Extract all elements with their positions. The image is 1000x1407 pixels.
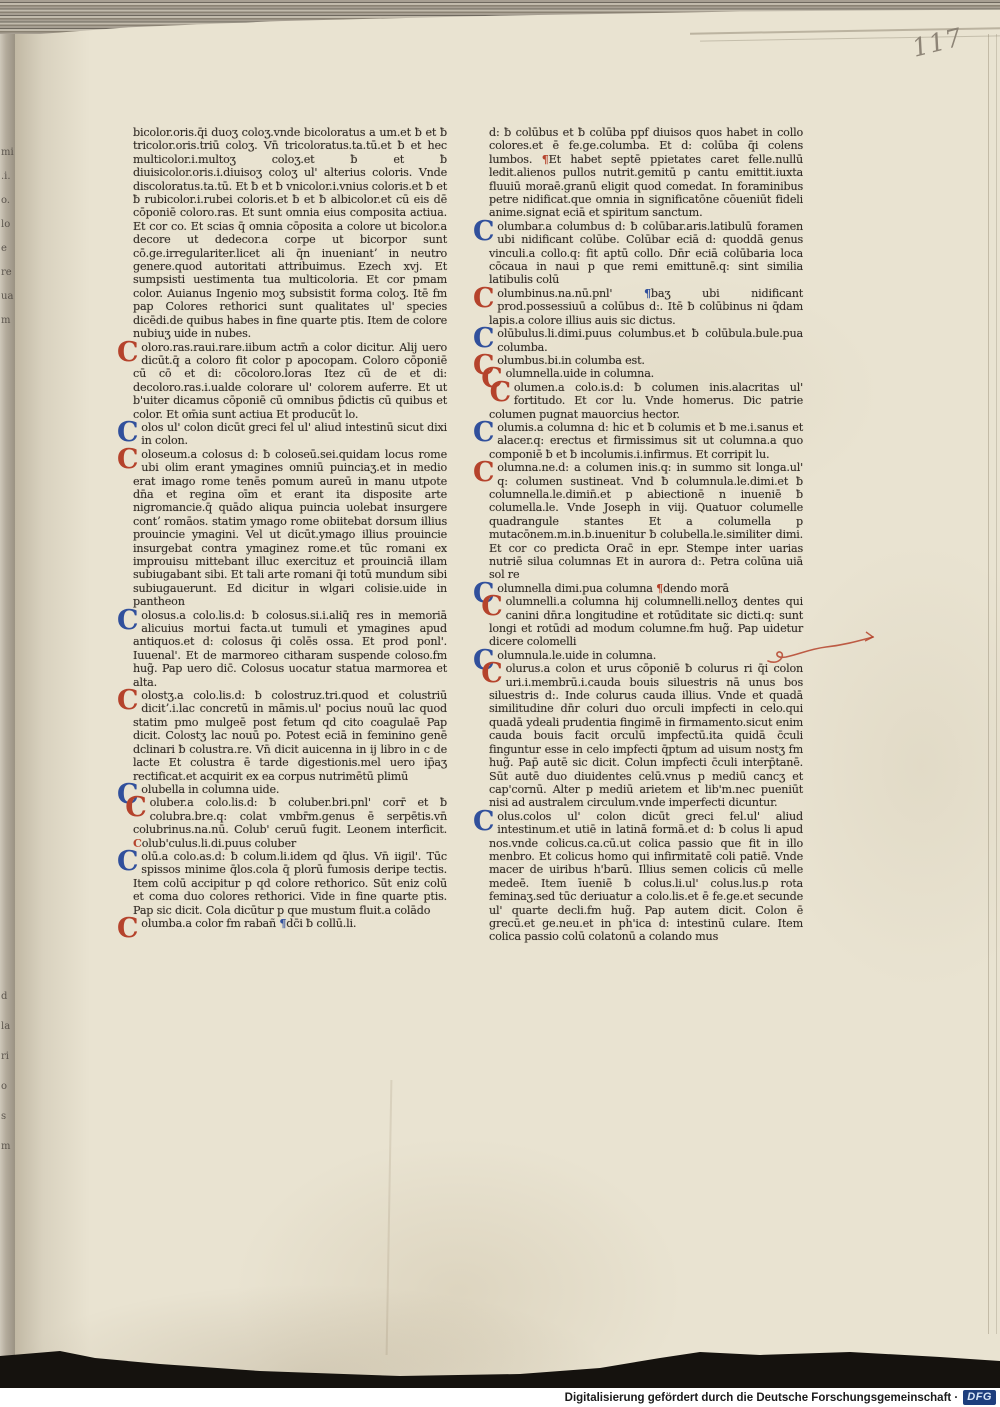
entry-text: olosus.a colo.lis.d: ƀ colosus.si.i.aliq… (133, 609, 447, 689)
entry-text: olumna.ne.d: a columen inis.q: in summo … (489, 461, 803, 581)
dfg-credit-text: Digitalisierung gefördert durch die Deut… (565, 1392, 959, 1404)
entry-text: oloro.ras.raui.rare.iibum actm̄ a color … (133, 341, 447, 421)
lombard-initial: C (117, 917, 138, 942)
rubricated-mark: ¶ (542, 152, 549, 166)
entry-text: olumis.a columna d: hic et ƀ columis et … (489, 421, 803, 461)
entry-text: olūbulus.li.dimi.puus columbus.et ƀ colū… (497, 327, 803, 353)
entry-paragraph: Colosus.a colo.lis.d: ƀ colosus.si.i.ali… (133, 609, 447, 689)
entry-text: bicolor.oris.q̄i duoʒ coloʒ.vnde bicolor… (133, 126, 447, 340)
edge-showthrough-fragment: m (1, 1142, 14, 1152)
lombard-initial: C (117, 609, 138, 634)
rubricated-mark: C (133, 836, 142, 850)
entry-paragraph: Colūbulus.li.dimi.puus columbus.et ƀ col… (489, 327, 803, 354)
entry-text: dc̄i ƀ collū.li. (286, 917, 356, 930)
entry-paragraph: Colos ul' colon dicūt greci fel ul' aliu… (133, 421, 447, 448)
lombard-initial: C (490, 381, 511, 406)
edge-showthrough-fragment: la (1, 1022, 14, 1032)
entry-paragraph: Columen.a colo.is.d: ƀ columen inis.alac… (489, 381, 803, 421)
lombard-initial: C (473, 327, 494, 352)
entry-paragraph: Columbar.a columbus d: ƀ colūbar.aris.la… (489, 220, 803, 287)
edge-showthrough-fragment: o (1, 1082, 14, 1092)
lombard-initial: C (117, 448, 138, 473)
lombard-initial: C (473, 810, 494, 835)
entry-paragraph: Columba.a color fm rabañ ¶dc̄i ƀ collū.l… (133, 917, 447, 930)
entry-text: oluber.a colo.lis.d: ƀ coluber.bri.pnl' … (133, 796, 447, 836)
text-column-right: d: ƀ colūbus et ƀ colūba ppf diuisos quo… (489, 126, 803, 944)
edge-showthrough-fragment: e (1, 244, 14, 254)
entry-paragraph: Coloro.ras.raui.rare.iibum actm̄ a color… (133, 341, 447, 421)
page-edge-rule-right-2 (996, 34, 997, 1334)
entry-paragraph: Colus.colos ul' colon dicūt greci fel.ul… (489, 810, 803, 944)
entry-paragraph: Colostʒ.a colo.lis.d: ƀ colostruz.tri.qu… (133, 689, 447, 783)
entry-text: olumbus.bi.in columba est. (497, 354, 644, 367)
entry-text: olumnella.uide in columna. (506, 367, 654, 380)
text-column-left: bicolor.oris.q̄i duoʒ coloʒ.vnde bicolor… (133, 126, 447, 942)
lombard-initial: C (117, 689, 138, 714)
edge-showthrough-fragment: ri (1, 1052, 14, 1062)
entry-paragraph: Columnella.uide in columna. (489, 367, 803, 380)
entry-paragraph: Coluber.a colo.lis.d: ƀ coluber.bri.pnl'… (133, 796, 447, 850)
lombard-initial: C (473, 220, 494, 245)
entry-text: dendo morā (663, 582, 729, 595)
margin-annotation-squiggle (766, 628, 876, 673)
entry-paragraph: Columnella dimi.pua columna ¶dendo morā (489, 582, 803, 595)
entry-text: olumbar.a columbus d: ƀ colūbar.aris.lat… (489, 220, 803, 287)
entry-paragraph: Columbinus.na.nū.pnl' ¶baʒ ubi nidifican… (489, 287, 803, 327)
entry-paragraph: Columbus.bi.in columba est. (489, 354, 803, 367)
entry-text: olubella in columna uide. (141, 783, 279, 796)
entry-text: olos ul' colon dicūt greci fel ul' aliud… (141, 421, 447, 447)
lombard-initial: C (117, 341, 138, 366)
dfg-logo: DFG (963, 1390, 996, 1405)
entry-paragraph: Columnula.le.uide in columna. (489, 649, 803, 662)
edge-showthrough-fragment: d (1, 992, 14, 1002)
entry-text: olumen.a colo.is.d: ƀ columen inis.alacr… (489, 381, 803, 421)
entry-paragraph: Coloseum.a colosus d: ƀ coloseū.sei.quid… (133, 448, 447, 609)
edge-showthrough-fragment: re (1, 268, 14, 278)
lombard-initial: C (481, 662, 502, 687)
entry-text: oloseum.a colosus d: ƀ coloseū.sei.quida… (133, 448, 447, 608)
edge-showthrough-fragment: m (1, 316, 14, 326)
entry-text: olumnella dimi.pua columna (497, 582, 656, 595)
lombard-initial: C (473, 461, 494, 486)
facing-page-edge: mi.i.o.loereuamdlariosm (0, 0, 15, 1388)
entry-text: olumnula.le.uide in columna. (497, 649, 656, 662)
entry-paragraph: Columna.ne.d: a columen inis.q: in summo… (489, 461, 803, 582)
entry-paragraph: Colubella in columna uide. (133, 783, 447, 796)
edge-showthrough-fragment: .i. (1, 172, 14, 182)
continuation-paragraph: bicolor.oris.q̄i duoʒ coloʒ.vnde bicolor… (133, 126, 447, 341)
lombard-initial: C (117, 421, 138, 446)
entry-text: olurus.a colon et urus cōponiē ƀ colurus… (489, 662, 803, 809)
entry-text: olub'culus.li.di.puus coluber (142, 837, 296, 850)
lombard-initial: C (481, 595, 502, 620)
rubricated-mark: ¶ (644, 286, 651, 300)
edge-showthrough-fragment: ua (1, 292, 14, 302)
entry-text: olus.colos ul' colon dicūt greci fel.ul'… (489, 810, 803, 944)
lombard-initial: C (473, 421, 494, 446)
lombard-initial: C (125, 796, 146, 821)
lombard-initial: C (117, 850, 138, 875)
entry-text: olumba.a color fm rabañ (141, 917, 279, 930)
entry-paragraph: Columnelli.a columna hij columnelli.nell… (489, 595, 803, 649)
edge-showthrough-fragment: mi (1, 148, 14, 158)
footer-bar: Digitalisierung gefördert durch die Deut… (0, 1388, 1000, 1407)
edge-showthrough-fragment: o. (1, 196, 14, 206)
entry-paragraph: Colurus.a colon et urus cōponiē ƀ coluru… (489, 662, 803, 809)
entry-text: olū.a colo.as.d: ƀ colum.li.idem qd q̄lu… (133, 850, 447, 917)
edge-showthrough-fragment: s (1, 1112, 14, 1122)
lombard-initial: C (473, 287, 494, 312)
entry-paragraph: Colū.a colo.as.d: ƀ colum.li.idem qd q̄l… (133, 850, 447, 917)
entry-text: olumbinus.na.nū.pnl' (497, 287, 644, 300)
edge-showthrough-fragment: lo (1, 220, 14, 230)
entry-text: olumnelli.a columna hij columnelli.nello… (489, 595, 803, 648)
entry-text: olostʒ.a colo.lis.d: ƀ colostruz.tri.quo… (133, 689, 447, 782)
entry-paragraph: Columis.a columna d: hic et ƀ columis et… (489, 421, 803, 461)
page-edge-rule-right (988, 34, 989, 1334)
continuation-paragraph: d: ƀ colūbus et ƀ colūba ppf diuisos quo… (489, 126, 803, 220)
